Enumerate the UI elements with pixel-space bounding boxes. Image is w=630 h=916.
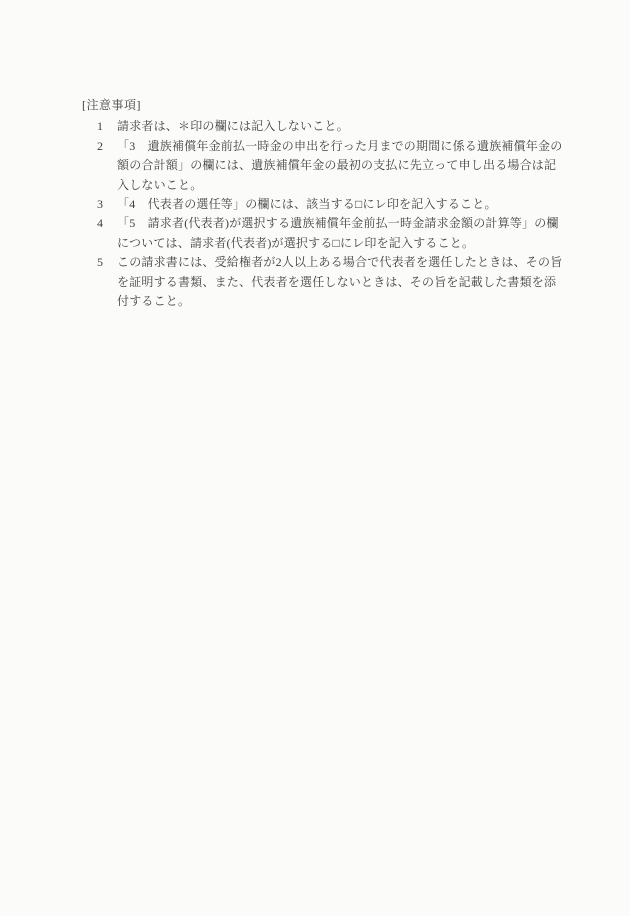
notes-section: [注意事項] 1 請求者は、＊印の欄には記入しないこと。 2 「3 遺族補償年金…: [82, 96, 582, 311]
list-item: 3 「4 代表者の選任等」の欄には、該当する□にレ印を記入すること。: [97, 195, 582, 214]
list-item: 2 「3 遺族補償年金前払一時金の申出を行った月までの期間に係る遺族補償年金の額…: [97, 137, 582, 195]
item-text: 「3 遺族補償年金前払一時金の申出を行った月までの期間に係る遺族補償年金の額の合…: [117, 137, 565, 195]
list-item: 4 「5 請求者(代表者)が選択する遺族補償年金前払一時金請求金額の計算等」の欄…: [97, 214, 582, 253]
item-text: 請求者は、＊印の欄には記入しないこと。: [117, 117, 565, 136]
list-item: 1 請求者は、＊印の欄には記入しないこと。: [97, 117, 582, 136]
item-number: 2: [97, 137, 117, 156]
list-item: 5 この請求書には、受給権者が2人以上ある場合で代表者を選任したときは、その旨を…: [97, 253, 582, 311]
item-number: 3: [97, 195, 117, 214]
item-number: 4: [97, 214, 117, 233]
document-page: [注意事項] 1 請求者は、＊印の欄には記入しないこと。 2 「3 遺族補償年金…: [0, 0, 630, 916]
item-text: 「5 請求者(代表者)が選択する遺族補償年金前払一時金請求金額の計算等」の欄につ…: [117, 214, 565, 253]
notes-list: 1 請求者は、＊印の欄には記入しないこと。 2 「3 遺族補償年金前払一時金の申…: [82, 117, 582, 311]
item-number: 1: [97, 117, 117, 136]
item-number: 5: [97, 253, 117, 272]
notes-heading: [注意事項]: [82, 96, 582, 115]
item-text: この請求書には、受給権者が2人以上ある場合で代表者を選任したときは、その旨を証明…: [117, 253, 565, 311]
item-text: 「4 代表者の選任等」の欄には、該当する□にレ印を記入すること。: [117, 195, 565, 214]
